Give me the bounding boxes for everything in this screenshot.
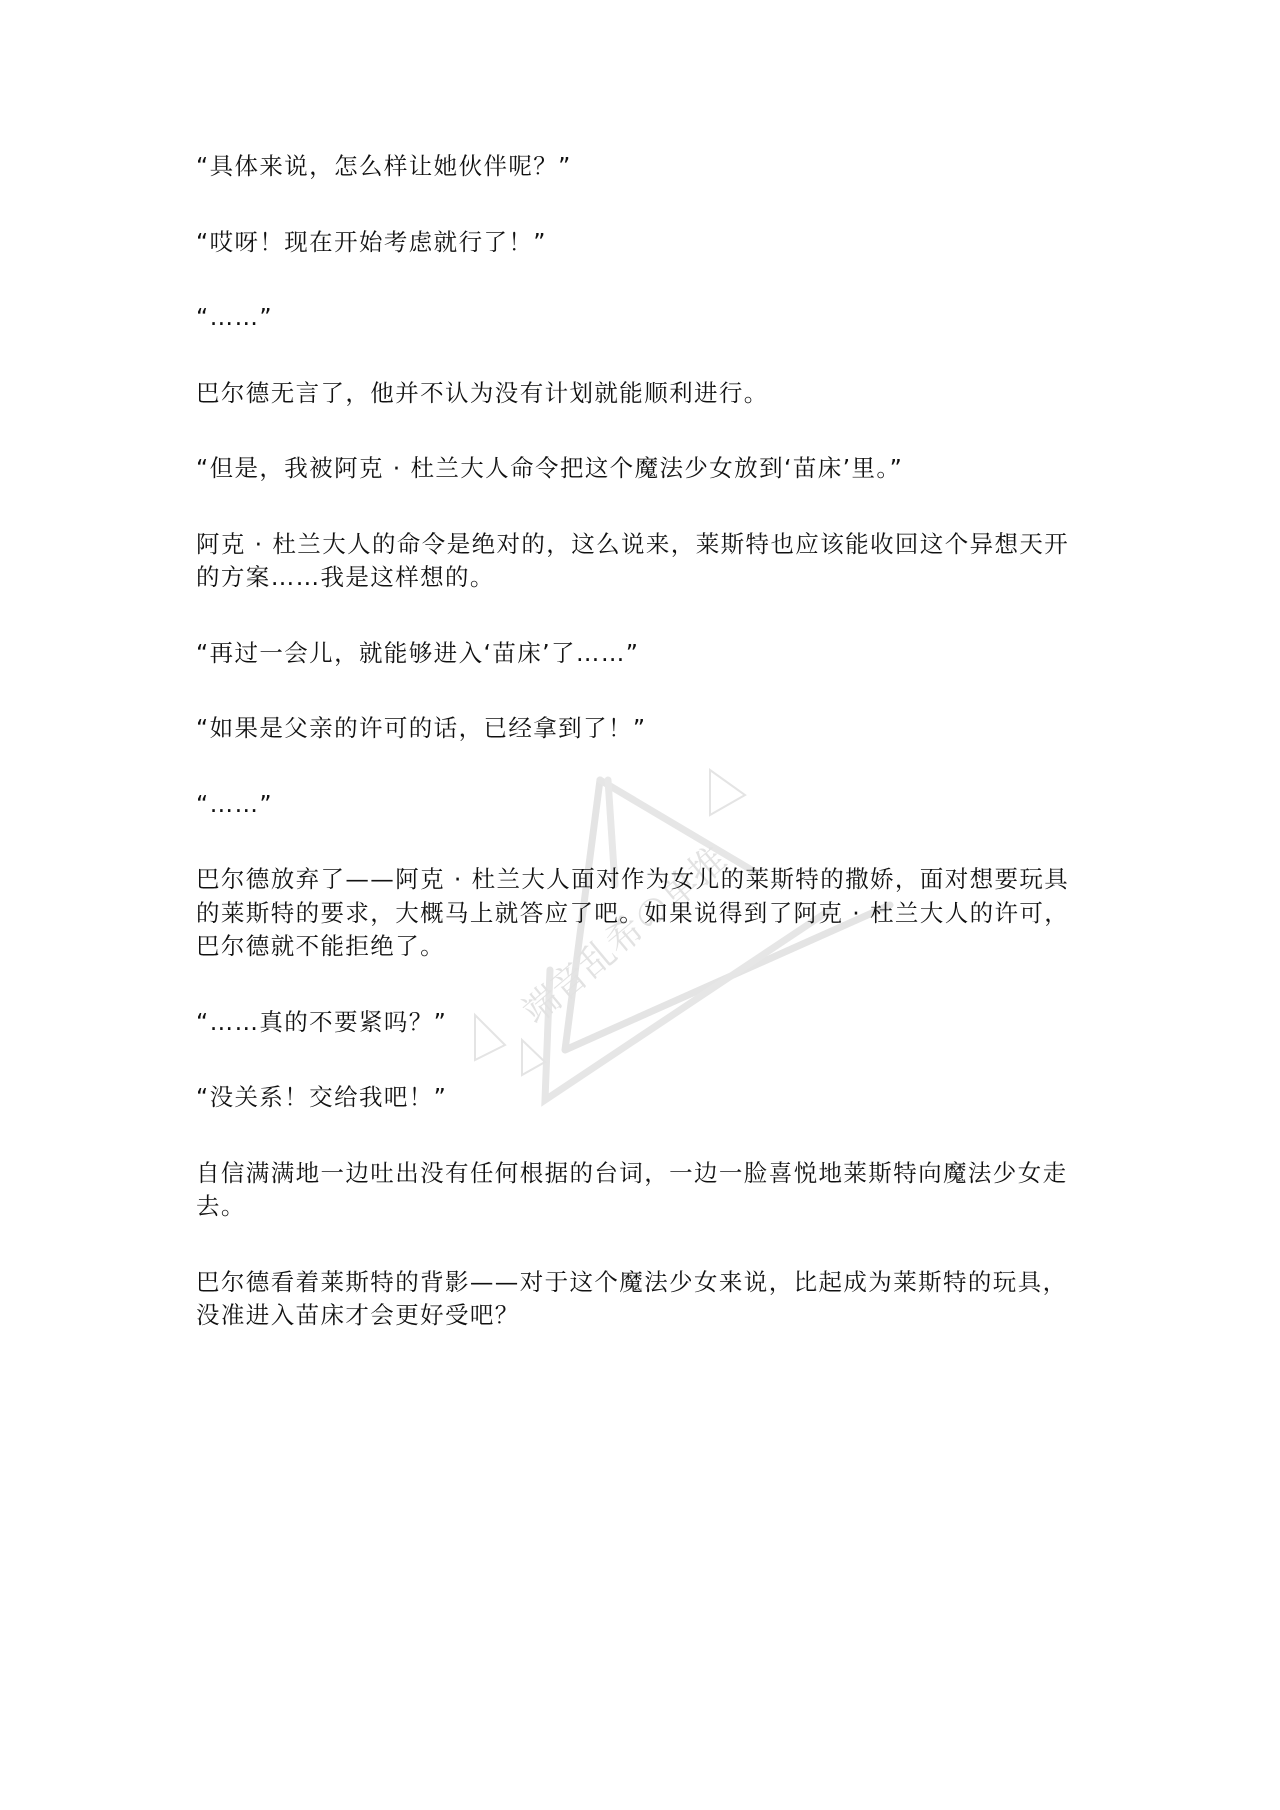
paragraph-dialogue: “再过一会儿，就能够进入‘苗床’了……”	[196, 637, 1086, 671]
paragraph-narration: 阿克 · 杜兰大人的命令是绝对的，这么说来，莱斯特也应该能收回这个异想天开的方案…	[196, 528, 1086, 595]
paragraph-dialogue: “但是，我被阿克 · 杜兰大人命令把这个魔法少女放到‘苗床’里。”	[196, 452, 1086, 486]
paragraph-dialogue: “具体来说，怎么样让她伙伴呢？”	[196, 150, 1086, 184]
paragraph-narration: 自信满满地一边吐出没有任何根据的台词，一边一脸喜悦地莱斯特向魔法少女走去。	[196, 1157, 1086, 1224]
paragraph-narration: 巴尔德放弃了——阿克 · 杜兰大人面对作为女儿的莱斯特的撒娇，面对想要玩具的莱斯…	[196, 863, 1086, 964]
paragraph-dialogue: “如果是父亲的许可的话，已经拿到了！”	[196, 712, 1086, 746]
document-page: 端音乱希の单推 “具体来说，怎么样让她伙伴呢？” “哎呀！现在开始考虑就行了！”…	[0, 0, 1280, 1810]
paragraph-dialogue: “没关系！交给我吧！”	[196, 1081, 1086, 1115]
paragraph-narration: 巴尔德看着莱斯特的背影——对于这个魔法少女来说，比起成为莱斯特的玩具，没准进入苗…	[196, 1266, 1086, 1333]
paragraph-dialogue: “哎呀！现在开始考虑就行了！”	[196, 226, 1086, 260]
paragraph-dialogue: “……”	[196, 301, 1086, 335]
paragraph-dialogue: “……”	[196, 788, 1086, 822]
document-body: “具体来说，怎么样让她伙伴呢？” “哎呀！现在开始考虑就行了！” “……” 巴尔…	[196, 150, 1086, 1375]
paragraph-dialogue: “……真的不要紧吗？”	[196, 1006, 1086, 1040]
paragraph-narration: 巴尔德无言了，他并不认为没有计划就能顺利进行。	[196, 377, 1086, 411]
